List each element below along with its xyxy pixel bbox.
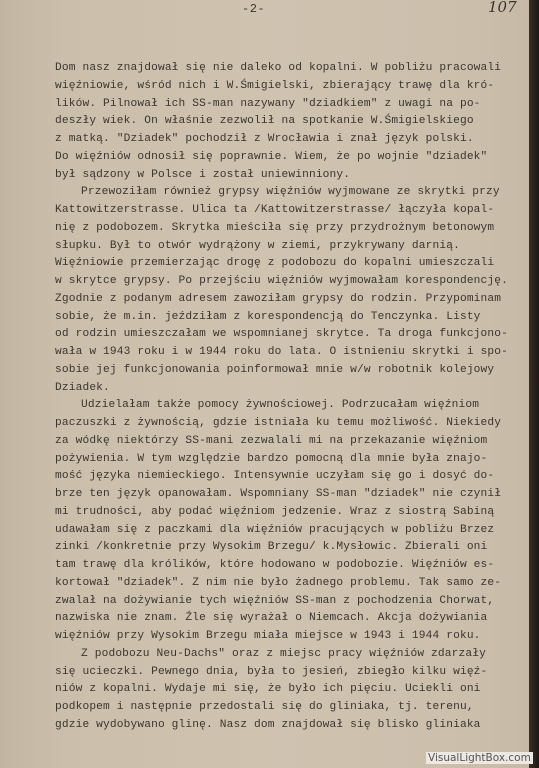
text-line: więźniowie, wśród nich i W.Śmigielski, z… — [55, 78, 525, 96]
page-number: -2- — [242, 2, 265, 16]
text-line: mość języka niemieckiego. Intensywnie uc… — [55, 468, 525, 486]
text-line: udawałam się z paczkami dla więźniów pra… — [55, 522, 525, 540]
text-line: Dom nasz znajdował się nie daleko od kop… — [55, 60, 525, 78]
paragraph: Dom nasz znajdował się nie daleko od kop… — [55, 60, 525, 184]
text-line: tam trawę dla królików, które hodowano w… — [55, 557, 525, 575]
page-binding-edge — [529, 0, 539, 768]
text-line: nię z podobozem. Skrytka mieściła się pr… — [55, 220, 525, 238]
text-line: zwalał na dożywianie tych więźniów SS-ma… — [55, 593, 525, 611]
document-page: -2- 107 Dom nasz znajdował się nie dalek… — [0, 0, 529, 768]
text-line: był sądzony w Polsce i został uniewinnio… — [55, 167, 525, 185]
text-line: deszły wiek. On właśnie zezwolił na spot… — [55, 113, 525, 131]
text-line: Kattowitzerstrasse. Ulica ta /Kattowitze… — [55, 202, 525, 220]
text-line: kortował "dziadek". Z nim nie było żadne… — [55, 575, 525, 593]
text-line: Zgodnie z podanym adresem zawoziłam gryp… — [55, 291, 525, 309]
text-line: wała w 1943 roku i w 1944 roku do lata. … — [55, 344, 525, 362]
text-line: Z podobozu Neu-Dachs" oraz z miejsc prac… — [55, 646, 525, 664]
text-line: niów z kopalni. Wydaje mi się, że było i… — [55, 681, 525, 699]
text-line: paczuszki z żywnością, gdzie istniała ku… — [55, 415, 525, 433]
text-line: sobie, że m.in. jeździłam z korespondenc… — [55, 309, 525, 327]
paragraph: Z podobozu Neu-Dachs" oraz z miejsc prac… — [55, 646, 525, 735]
watermark: VisualLightBox.com — [426, 752, 533, 764]
text-line: w skrytce grypsy. Po przejściu więźniów … — [55, 273, 525, 291]
handwritten-folio-number: 107 — [488, 0, 517, 16]
text-line: od rodzin umieszczałam we wspomnianej sk… — [55, 326, 525, 344]
text-line: więźniów przy Wysokim Brzegu miała miejs… — [55, 628, 525, 646]
text-line: gdzie wydobywano glinę. Nasz dom znajdow… — [55, 717, 525, 735]
text-line: sobie jej funkcjonowania poinformował mn… — [55, 362, 525, 380]
text-line: brze ten język opanowałam. Wspomniany SS… — [55, 486, 525, 504]
text-line: nazwiska nie znam. Źle się wyrażał o Nie… — [55, 610, 525, 628]
text-line: Przewoziłam również grypsy więźniów wyjm… — [55, 184, 525, 202]
paragraph: Przewoziłam również grypsy więźniów wyjm… — [55, 184, 525, 397]
text-line: się ucieczki. Pewnego dnia, była to jesi… — [55, 664, 525, 682]
text-line: Dziadek. — [55, 380, 525, 398]
text-line: pożywienia. W tym względzie bardzo pomoc… — [55, 451, 525, 469]
text-line: słupku. Był to otwór wydrążony w ziemi, … — [55, 238, 525, 256]
text-line: Do więźniów odnosił się poprawnie. Wiem,… — [55, 149, 525, 167]
text-line: mi trudności, aby podać więźniom jedzeni… — [55, 504, 525, 522]
text-line: z matką. "Dziadek" pochodził z Wrocławia… — [55, 131, 525, 149]
text-line: zinki /konkretnie przy Wysokim Brzegu/ k… — [55, 539, 525, 557]
text-line: podkopem i następnie przedostali się do … — [55, 699, 525, 717]
typewritten-body: Dom nasz znajdował się nie daleko od kop… — [55, 60, 525, 735]
text-line: Więźniowie przemierzając drogę z podoboz… — [55, 255, 525, 273]
paragraph: Udzielałam także pomocy żywnościowej. Po… — [55, 397, 525, 646]
text-line: lików. Pilnował ich SS-man nazywany "dzi… — [55, 96, 525, 114]
text-line: Udzielałam także pomocy żywnościowej. Po… — [55, 397, 525, 415]
text-line: za wódkę niektórzy SS-mani zezwalali mi … — [55, 433, 525, 451]
